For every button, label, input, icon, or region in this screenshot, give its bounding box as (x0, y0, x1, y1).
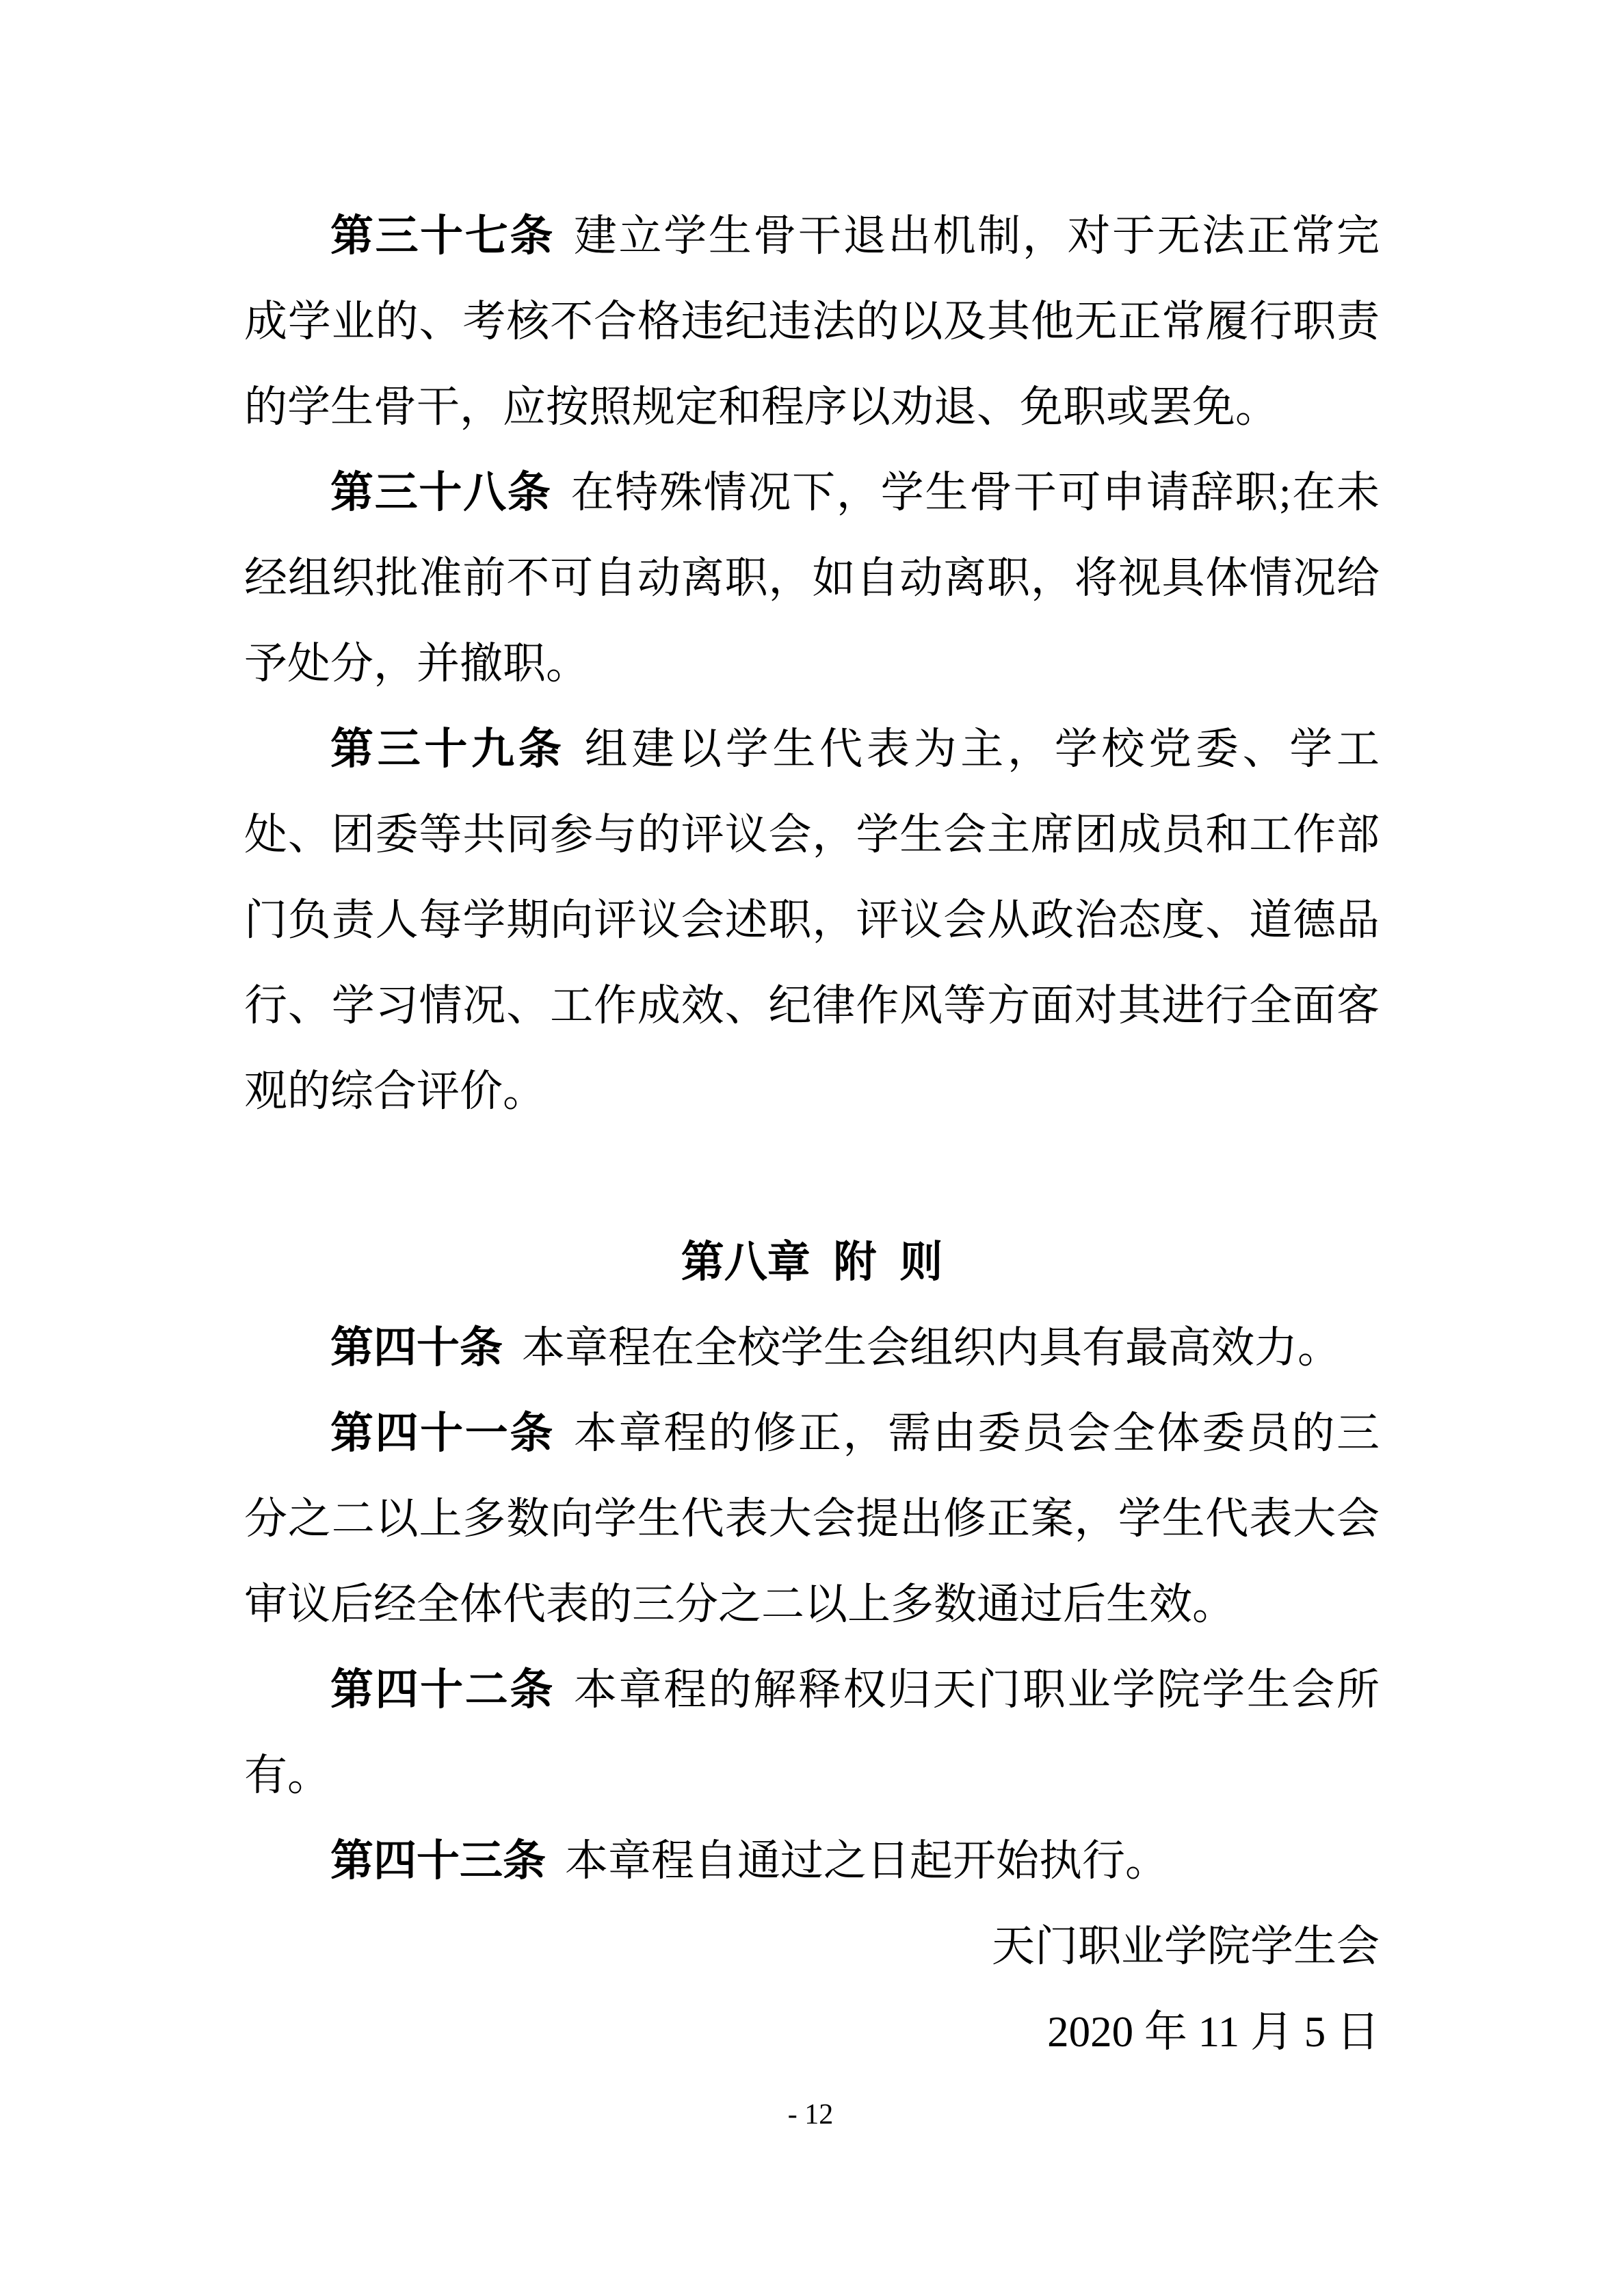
document-body: 第三十七条建立学生骨干退出机制，对于无法正常完成学业的、考核不合格违纪违法的以及… (244, 194, 1380, 1904)
article-number: 第四十一条 (330, 1409, 555, 1457)
article-body-text: 本章程在全校学生会组织内具有最高效力。 (522, 1324, 1341, 1372)
chapter-heading: 第八章 附 则 (244, 1220, 1380, 1305)
article-body-text: 组建以学生代表为主，学校党委、学工处、团委等共同参与的评议会，学生会主席团成员和… (244, 725, 1380, 1115)
article-number: 第四十条 (330, 1324, 503, 1372)
document-page: 第三十七条建立学生骨干退出机制，对于无法正常完成学业的、考核不合格违纪违法的以及… (0, 0, 1621, 2296)
article-paragraph: 第三十八条在特殊情况下，学生骨干可申请辞职;在未经组织批准前不可自动离职，如自动… (244, 450, 1380, 707)
article-number: 第四十二条 (330, 1666, 555, 1714)
document-content: 第三十七条建立学生骨干退出机制，对于无法正常完成学业的、考核不合格违纪违法的以及… (244, 194, 1380, 2075)
article-paragraph: 第三十七条建立学生骨干退出机制，对于无法正常完成学业的、考核不合格违纪违法的以及… (244, 194, 1380, 450)
article-body-text: 本章程自通过之日起开始执行。 (565, 1837, 1168, 1885)
article-paragraph: 第四十三条本章程自通过之日起开始执行。 (244, 1818, 1380, 1904)
article-paragraph: 第四十一条本章程的修正，需由委员会全体委员的三分之二以上多数向学生代表大会提出修… (244, 1391, 1380, 1647)
article-number: 第三十九条 (330, 725, 566, 773)
date-line: 2020 年 11 月 5 日 (244, 1990, 1380, 2075)
article-paragraph: 第四十二条本章程的解释权归天门职业学院学生会所有。 (244, 1647, 1380, 1818)
article-number: 第三十八条 (330, 469, 552, 517)
signature-line: 天门职业学院学生会 (244, 1904, 1380, 1990)
article-paragraph: 第四十条本章程在全校学生会组织内具有最高效力。 (244, 1305, 1380, 1391)
page-number: - 12 (0, 2100, 1621, 2129)
article-paragraph: 第三十九条组建以学生代表为主，学校党委、学工处、团委等共同参与的评议会，学生会主… (244, 707, 1380, 1134)
article-number: 第三十七条 (330, 212, 555, 260)
article-number: 第四十三条 (330, 1837, 546, 1885)
